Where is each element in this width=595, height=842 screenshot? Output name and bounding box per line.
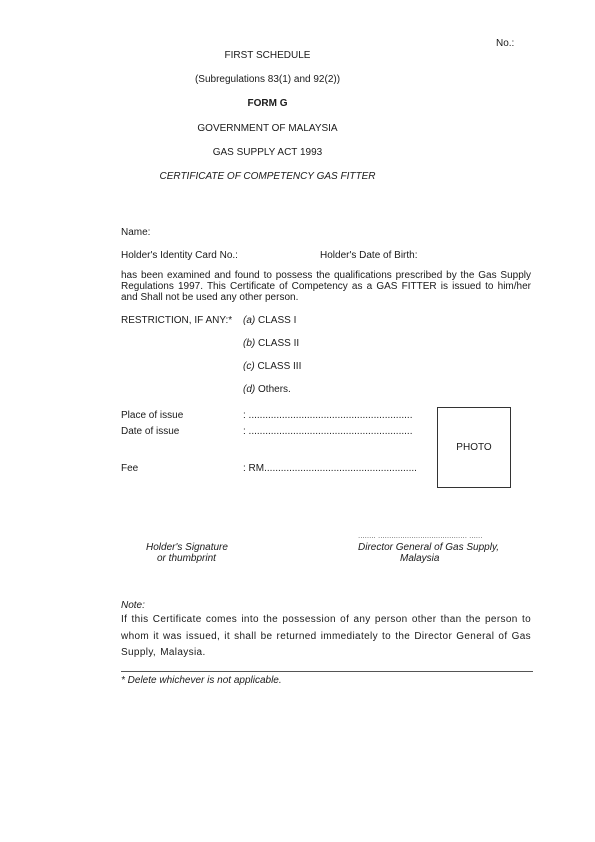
option-text: CLASS II [258, 338, 299, 349]
restriction-label: RESTRICTION, IF ANY:* [121, 315, 232, 326]
date-of-issue-field: : ......................................… [243, 426, 412, 437]
restriction-option-b: (b) CLASS II [243, 338, 299, 349]
footnote-divider [121, 671, 533, 672]
fee-label: Fee [121, 463, 138, 474]
subregulations-heading: (Subregulations 83(1) and 92(2)) [0, 74, 565, 85]
certificate-title: CERTIFICATE OF COMPETENCY GAS FITTER [0, 171, 565, 182]
date-of-issue-label: Date of issue [121, 426, 179, 437]
restriction-option-c: (c) CLASS III [243, 361, 301, 372]
form-heading: FORM G [0, 98, 565, 109]
director-signature-label: Director General of Gas Supply, [358, 542, 499, 553]
director-country-label: Malaysia [400, 553, 439, 564]
certification-statement: has been examined and found to possess t… [121, 270, 531, 303]
option-marker: (c) [243, 361, 255, 372]
option-marker: (a) [243, 315, 255, 326]
option-text: Others. [258, 384, 291, 395]
government-heading: GOVERNMENT OF MALAYSIA [0, 123, 565, 134]
identity-card-label: Holder's Identity Card No.: [121, 250, 238, 261]
note-text: If this Certificate comes into the posse… [121, 612, 531, 662]
photo-box: PHOTO [437, 407, 511, 488]
option-text: CLASS I [258, 315, 296, 326]
name-label: Name: [121, 227, 150, 238]
option-text: CLASS III [257, 361, 301, 372]
footnote: * Delete whichever is not applicable. [121, 675, 282, 686]
option-marker: (d) [243, 384, 255, 395]
schedule-heading: FIRST SCHEDULE [0, 50, 565, 61]
option-marker: (b) [243, 338, 255, 349]
date-of-birth-label: Holder's Date of Birth: [320, 250, 418, 261]
fee-field: : RM....................................… [243, 463, 417, 474]
restriction-option-a: (a) CLASS I [243, 315, 296, 326]
photo-label: PHOTO [438, 442, 510, 453]
holder-thumbprint-label: or thumbprint [157, 553, 216, 564]
note-label: Note: [121, 600, 145, 611]
place-of-issue-label: Place of issue [121, 410, 183, 421]
holder-signature-label: Holder's Signature [146, 542, 228, 553]
certificate-number-label: No.: [496, 38, 514, 49]
place-of-issue-field: : ......................................… [243, 410, 412, 421]
restriction-option-d: (d) Others. [243, 384, 291, 395]
act-heading: GAS SUPPLY ACT 1993 [0, 147, 565, 158]
director-signature-line: ........ ...............................… [358, 531, 482, 540]
